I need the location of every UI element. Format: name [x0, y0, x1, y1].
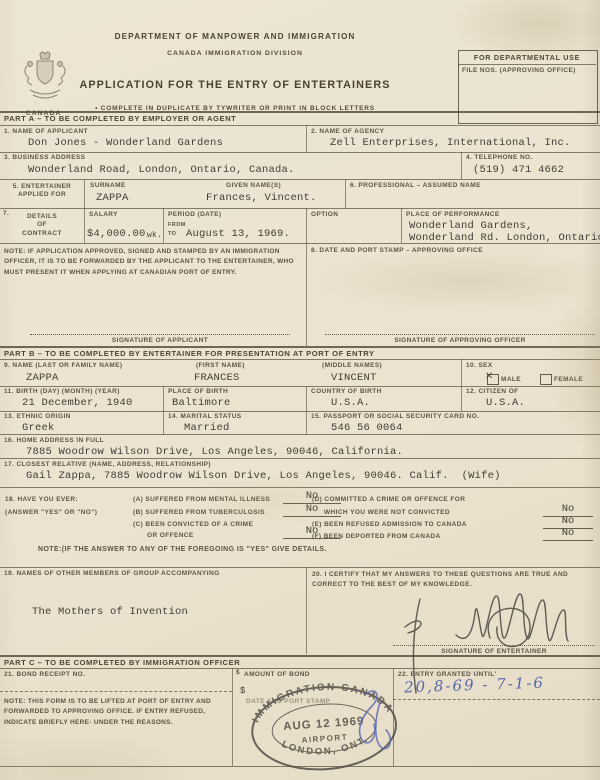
signature-line-applicant: [30, 334, 290, 335]
field7-label: DETAILS OF CONTRACT: [2, 213, 82, 238]
file-nos-label: FILE NOS. (APPROVING OFFICE): [462, 67, 576, 75]
field5-label: 5. ENTERTAINER APPLIED FOR: [2, 183, 82, 200]
divider: [306, 208, 307, 243]
option-label: OPTION: [311, 211, 338, 219]
divider: [84, 208, 85, 243]
rule: [0, 567, 600, 568]
home-address-value: 7885 Woodrow Wilson Drive, Los Angeles, …: [26, 446, 403, 458]
place-of-birth-label: PLACE OF BIRTH: [168, 388, 228, 396]
divider: [163, 386, 164, 411]
middle-names-label: (MIDDLE NAMES): [322, 362, 382, 370]
divider: [306, 243, 307, 346]
part-c-note: NOTE: THIS FORM IS TO BE LIFTED AT PORT …: [4, 697, 226, 728]
signature-line-officer: [325, 334, 595, 335]
given-names-value: Frances, Vincent.: [206, 192, 317, 204]
rule: [0, 125, 600, 126]
dept-line2: CANADA IMMIGRATION DIVISION: [60, 50, 410, 57]
field10-label: 10. SEX: [466, 362, 493, 370]
dept-line1: DEPARTMENT OF MANPOWER AND IMMIGRATION: [60, 32, 410, 41]
male-label: MALE: [501, 376, 521, 384]
divider: [163, 208, 164, 243]
signature-officer-label: SIGNATURE OF APPROVING OFFICER: [325, 337, 595, 345]
rule: [0, 434, 600, 435]
divider: [84, 179, 85, 208]
place-of-performance-label: PLACE OF PERFORMANCE: [406, 211, 500, 219]
field3-label: 3. BUSINESS ADDRESS: [4, 154, 85, 162]
field16-label: 16. HOME ADDRESS IN FULL: [4, 437, 104, 445]
surname-value: ZAPPA: [96, 192, 129, 204]
field18-sublabel: (ANSWER "YES" OR "NO"): [5, 509, 97, 517]
officer-initials-handwriting: [344, 684, 404, 764]
field9-label: 9. NAME (LAST OR FAMILY NAME): [4, 362, 123, 370]
field11-label: 11. BIRTH (DAY) (MONTH) (YEAR): [4, 388, 120, 396]
rule: [0, 179, 600, 180]
first-name-value: FRANCES: [194, 372, 240, 384]
field13-label: 13. ETHNIC ORIGIN: [4, 413, 71, 421]
field15-label: 15. PASSPORT OR SOCIAL SECURITY CARD NO.: [311, 413, 479, 421]
field6-label: 6. PROFESSIONAL – ASSUMED NAME: [350, 182, 481, 190]
divider: [461, 152, 462, 179]
rule: [0, 359, 600, 360]
answer-f: No: [543, 527, 593, 541]
period-value: August 13, 1969.: [186, 228, 290, 240]
part-a-heading: PART A – TO BE COMPLETED BY EMPLOYER OR …: [4, 114, 236, 123]
closest-relative-value: Gail Zappa, 7885 Woodrow Wilson Drive, L…: [26, 470, 501, 482]
place-line1: Wonderland Gardens,: [409, 220, 533, 232]
rule: [393, 699, 600, 700]
middle-name-value: VINCENT: [331, 372, 377, 384]
divider: [163, 411, 164, 434]
divider: [461, 386, 462, 411]
question-a: (A) SUFFERED FROM MENTAL ILLNESS: [133, 496, 270, 504]
field14-label: 14. MARITAL STATUS: [168, 413, 242, 421]
rule: [0, 111, 600, 113]
rule: [0, 243, 600, 244]
question-c-line1: (C) BEEN CONVICTED OF A CRIME: [133, 521, 253, 529]
rule: [0, 152, 600, 153]
field3-value: Wonderland Road, London, Ontario, Canada…: [28, 164, 295, 176]
signature-applicant-label: SIGNATURE OF APPLICANT: [30, 337, 290, 345]
question-c-line2: OR OFFENCE: [147, 532, 194, 540]
last-name-value: ZAPPA: [26, 372, 59, 384]
divider: [306, 567, 307, 654]
field19-label: 19. NAMES OF OTHER MEMBERS OF GROUP ACCO…: [4, 570, 220, 578]
passport-number-value: 546 56 0064: [331, 422, 403, 434]
country-of-birth-value: U.S.A.: [331, 397, 370, 409]
surname-label: SURNAME: [90, 182, 126, 190]
divider: [306, 386, 307, 411]
rule: [0, 458, 600, 459]
divider: [232, 668, 233, 766]
question-f: (F) BEEN DEPORTED FROM CANADA: [312, 533, 441, 541]
scanned-form-document: CANADA DEPARTMENT OF MANPOWER AND IMMIGR…: [0, 0, 600, 780]
country-of-birth-label: COUNTRY OF BIRTH: [311, 388, 382, 396]
field1-value: Don Jones - Wonderland Gardens: [28, 137, 223, 149]
first-name-label: (FIRST NAME): [196, 362, 245, 370]
ethnic-origin-value: Greek: [22, 422, 55, 434]
field18-label: 18. HAVE YOU EVER:: [5, 496, 78, 504]
divider: [401, 208, 402, 243]
female-label: FEMALE: [554, 376, 583, 384]
field21-label: 21. BOND RECEIPT NO.: [4, 671, 85, 679]
divider: [306, 125, 307, 152]
field2-label: 2. NAME OF AGENCY: [311, 128, 384, 136]
field12-label: 12. CITIZEN OF: [466, 388, 519, 396]
rule: [0, 346, 600, 348]
rule: [0, 668, 600, 669]
field18-note: NOTE:(IF THE ANSWER TO ANY OF THE FOREGO…: [38, 545, 327, 554]
to-label: TO: [168, 231, 176, 238]
stamp-airport-text: AIRPORT: [301, 733, 348, 745]
rule: [0, 487, 600, 488]
form-title: APPLICATION FOR THE ENTRY OF ENTERTAINER…: [45, 79, 425, 91]
part-c-heading: PART C – TO BE COMPLETED BY IMMIGRATION …: [4, 658, 240, 667]
group-members-value: The Mothers of Invention: [32, 606, 188, 618]
rule: [0, 655, 600, 657]
divider: [461, 359, 462, 386]
female-checkbox: [540, 374, 552, 385]
part-a-note: NOTE: IF APPLICATION APPROVED, SIGNED AN…: [4, 247, 300, 278]
salary-unit: wk.: [147, 231, 162, 240]
salary-value: $4,000.00: [87, 228, 146, 240]
field2-value: Zell Enterprises, International, Inc.: [330, 137, 571, 149]
divider: [306, 411, 307, 434]
field1-label: 1. NAME OF APPLICANT: [4, 128, 88, 136]
rule: [0, 208, 600, 209]
signature-line-entertainer: [393, 645, 595, 646]
citizen-of-value: U.S.A.: [486, 397, 525, 409]
marital-status-value: Married: [184, 422, 230, 434]
given-names-label: GIVEN NAME(S): [226, 182, 281, 190]
place-of-birth-value: Baltimore: [172, 397, 231, 409]
field17-label: 17. CLOSEST RELATIVE (NAME, ADDRESS, REL…: [4, 461, 211, 469]
rule: [0, 386, 600, 387]
bond-dollar-small: $: [236, 669, 240, 677]
birth-date-value: 21 December, 1940: [22, 397, 133, 409]
field8-label: 8. DATE AND PORT STAMP – APPROVING OFFIC…: [311, 247, 483, 255]
rule: [458, 64, 596, 65]
salary-label: SALARY: [89, 211, 118, 219]
divider: [345, 179, 346, 208]
field4-label: 4. TELEPHONE NO.: [466, 154, 533, 162]
departmental-use-title: FOR DEPARTMENTAL USE: [458, 53, 596, 62]
from-label: FROM: [168, 222, 186, 229]
part-b-heading: PART B – TO BE COMPLETED BY ENTERTAINER …: [4, 349, 375, 358]
question-e: (E) BEEN REFUSED ADMISSION TO CANADA: [312, 521, 467, 529]
question-b: (B) SUFFERED FROM TUBERCULOSIS: [133, 509, 265, 517]
period-label: PERIOD (DATE): [168, 211, 221, 219]
male-checked-icon: ✕: [485, 371, 493, 382]
question-d-line1: (D) COMMITTED A CRIME OR OFFENCE FOR: [312, 496, 465, 504]
field4-value: (519) 471 4662: [473, 164, 564, 176]
question-d-line2: WHICH YOU WERE NOT CONVICTED: [324, 509, 450, 517]
rule: [0, 691, 232, 692]
rule: [0, 766, 600, 767]
rule: [0, 411, 600, 412]
